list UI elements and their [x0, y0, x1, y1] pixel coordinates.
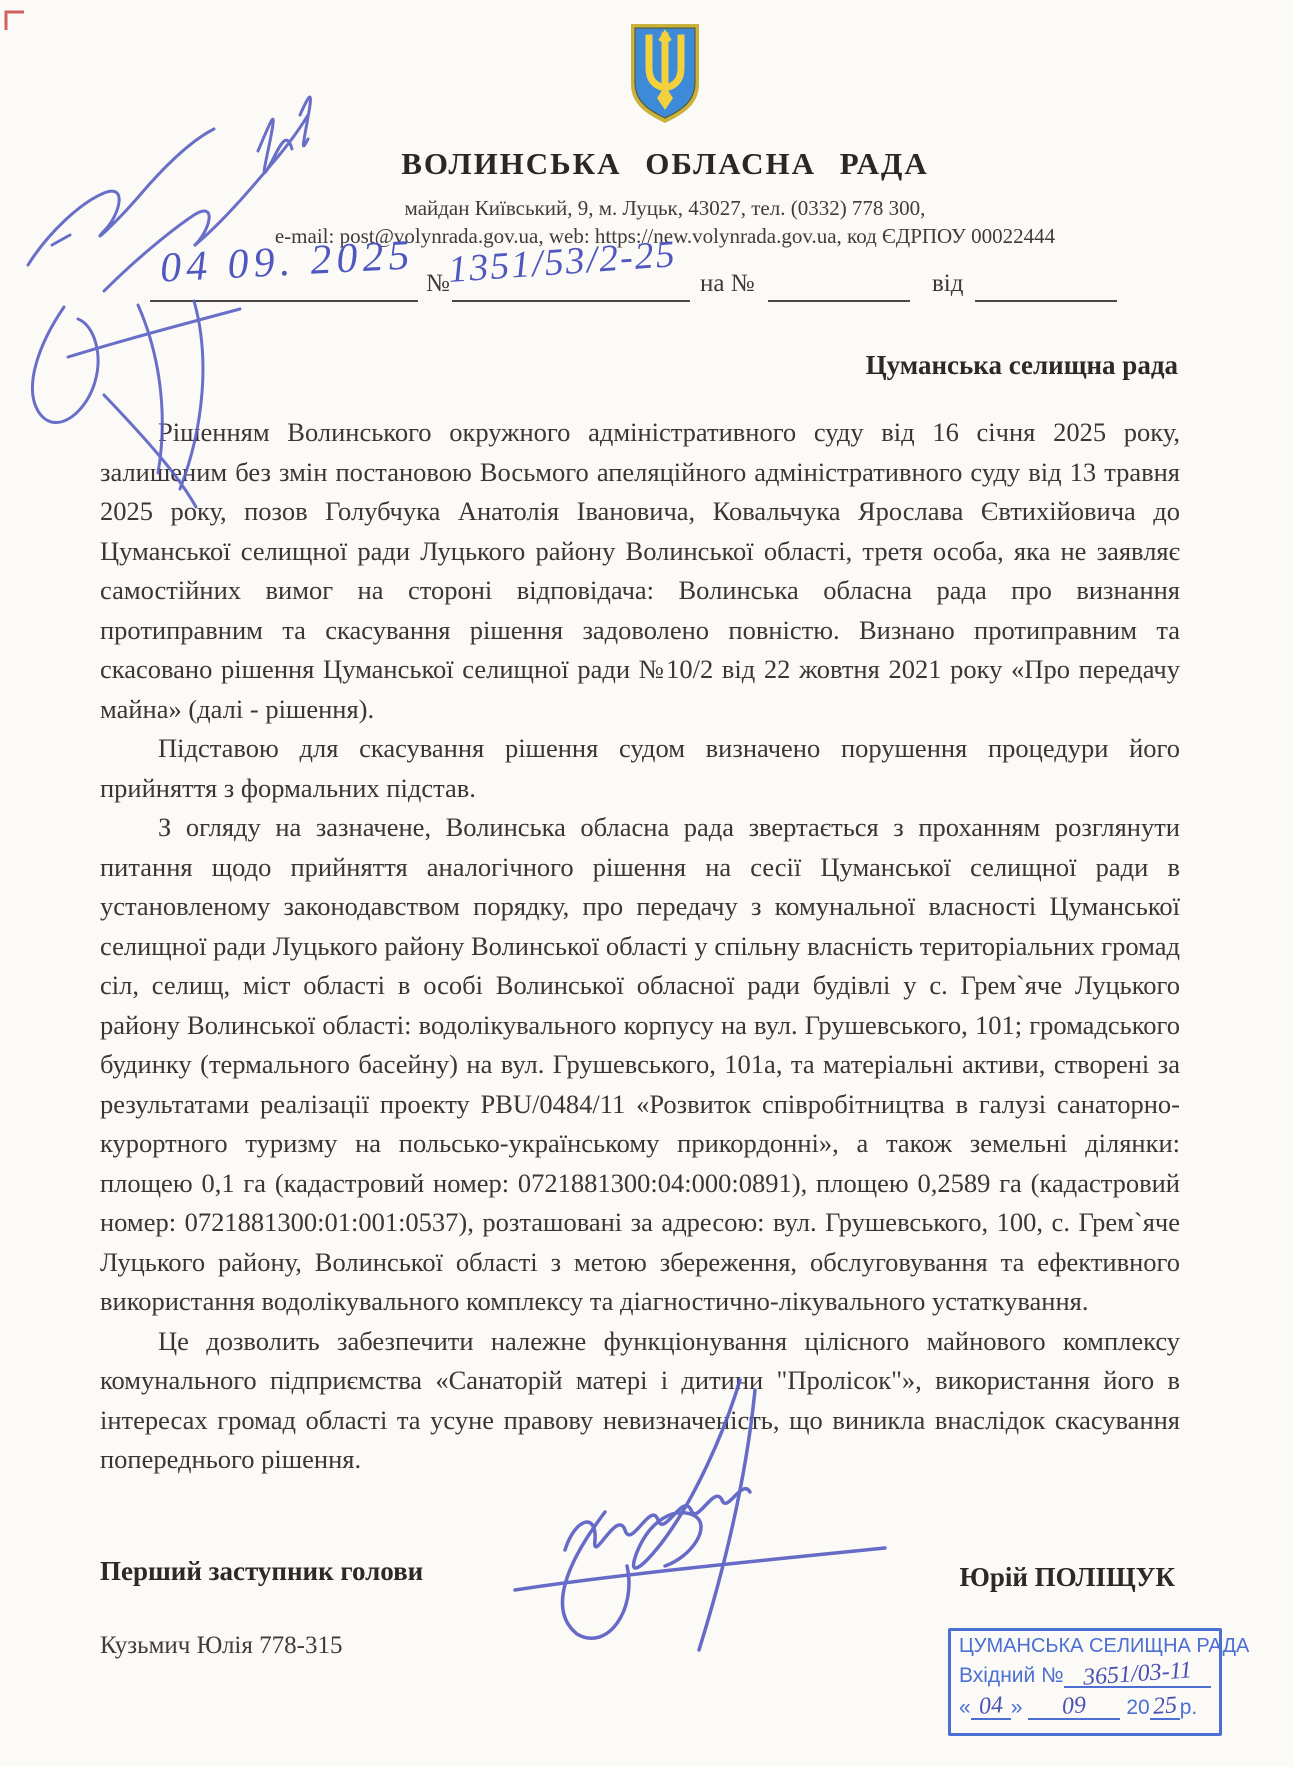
recipient: Цуманська селищна рада	[866, 350, 1178, 381]
stamp-incoming-label: Вхідний №	[959, 1664, 1064, 1688]
stamp-month-field: 09	[1028, 1694, 1120, 1720]
scan-artifact-mark	[4, 8, 30, 34]
stamp-handwritten-month: 09	[1062, 1693, 1088, 1719]
org-address: майдан Київський, 9, м. Луцьк, 43027, те…	[100, 196, 1230, 221]
stamp-incoming-row: Вхідний № 3651/03-11	[959, 1662, 1211, 1688]
paragraph-4: Це дозволить забезпечити належне функціо…	[100, 1322, 1180, 1480]
from-label: від	[932, 270, 963, 298]
signer-position-title: Перший заступник голови	[100, 1556, 423, 1587]
stamp-handwritten-year: 25	[1152, 1693, 1178, 1719]
executor-contact: Кузьмич Юлія 778-315	[100, 1632, 342, 1660]
document-page: ВОЛИНСЬКА ОБЛАСНА РАДА майдан Київський,…	[0, 0, 1293, 1767]
reply-to-label: на №	[700, 270, 755, 298]
org-name: ВОЛИНСЬКА ОБЛАСНА РАДА	[100, 146, 1230, 182]
letter-body: Рішенням Волинського окружного адміністр…	[100, 413, 1180, 1480]
stamp-quote-open: «	[959, 1696, 971, 1720]
stamp-year-suffix: р.	[1180, 1696, 1198, 1720]
signer-name: Юрій ПОЛІЩУК	[959, 1562, 1175, 1593]
stamp-date-row: « 04 » 09 20 25 р.	[959, 1694, 1211, 1720]
stamp-incoming-number-field: 3651/03-11	[1064, 1662, 1211, 1688]
incoming-registration-stamp: ЦУМАНСЬКА СЕЛИЩНА РАДА Вхідний № 3651/03…	[948, 1628, 1222, 1736]
stamp-year-prefix: 20	[1126, 1696, 1149, 1720]
stamp-handwritten-number: 3651/03-11	[1082, 1658, 1192, 1690]
stamp-year-field: 25	[1150, 1694, 1180, 1720]
reply-number-underline	[768, 300, 910, 302]
stamp-quote-close: »	[1011, 1696, 1023, 1720]
date-underline	[150, 300, 418, 302]
paragraph-1: Рішенням Волинського окружного адміністр…	[100, 413, 1180, 729]
paragraph-3: З огляду на зазначене, Волинська обласна…	[100, 808, 1180, 1322]
stamp-handwritten-day: 04	[978, 1693, 1004, 1719]
number-label: №	[426, 270, 450, 298]
number-underline	[452, 300, 690, 302]
stamp-day-field: 04	[971, 1694, 1011, 1720]
ukraine-trident-emblem-icon	[627, 22, 703, 125]
stamp-org-name: ЦУМАНСЬКА СЕЛИЩНА РАДА	[959, 1635, 1211, 1658]
paragraph-2: Підставою для скасування рішення судом в…	[100, 729, 1180, 808]
from-date-underline	[975, 300, 1117, 302]
